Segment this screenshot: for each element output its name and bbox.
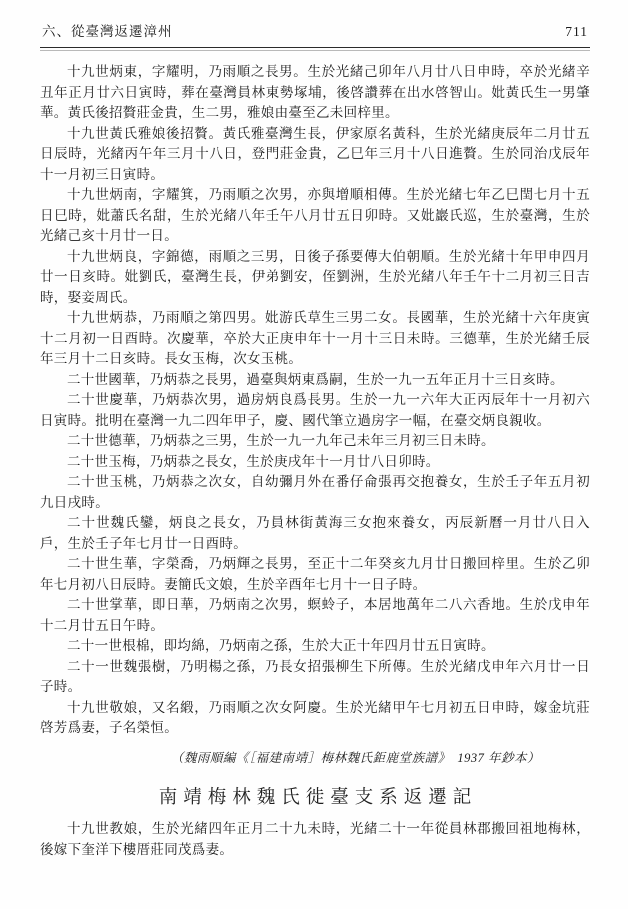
genealogy-paragraph: 二十一世根棉，即均綿，乃炳南之孫，生於大正十年四月廿五日寅時。 [40,636,590,657]
genealogy-paragraph: 二十一世魏張樹，乃明楊之孫，乃長女招張柳生下所傳。生於光緒戊申年六月廿一日子時。 [40,657,590,698]
page-number: 711 [565,24,588,40]
genealogy-paragraph: 十九世黃氏雅娘後招贅。黃氏雅臺灣生長，伊家原名黃科，生於光緒庚辰年二月廿五日辰時… [40,124,590,186]
genealogy-paragraph: 十九世敬娘，又名緞，乃雨順之次女阿慶。生於光緒甲午七月初五日申時，嫁金坑莊啓芳爲… [40,698,590,739]
genealogy-paragraph: 二十世掌華，即日華，乃炳南之次男，螟蛉子，本居地萬年二八六香地。生於戊申年十二月… [40,595,590,636]
book-page: 六、從臺灣返遷漳州 711 十九世炳東，字耀明，乃雨順之長男。生於光緒己卯年八月… [0,0,628,909]
header-rule-thin [40,50,590,51]
source-citation: （魏雨順編《［福建南靖］梅林魏氏鉅鹿堂族譜》 1937 年鈔本） [40,748,590,769]
genealogy-paragraph: 十九世炳良，字錦德，雨順之三男，日後子孫要傳大伯朝順。生於光緒十年甲申四月廿一日… [40,247,590,309]
genealogy-paragraph: 二十世生華，字榮喬，乃炳輝之長男，至正十二年癸亥九月廿日搬回梓里。生於乙卯年七月… [40,554,590,595]
genealogy-paragraph: 十九世教娘，生於光緒四年正月二十九未時，光緒二十一年從員林郡搬回祖地梅林，後嫁下… [40,819,590,860]
genealogy-paragraph: 十九世炳恭，乃雨順之第四男。妣游氏草生三男二女。長國華，生於光緒十六年庚寅十二月… [40,308,590,370]
genealogy-paragraph: 十九世炳南，字耀箕，乃雨順之次男，亦與增順相傳。生於光緒七年乙巳閏七月十五日巳時… [40,185,590,247]
genealogy-paragraph: 二十世魏氏鑾，炳良之長女，乃員林街黃海三女抱來養女，丙辰新曆一月廿八日入戶，生於… [40,513,590,554]
running-title: 六、從臺灣返遷漳州 [42,20,173,40]
page-header: 六、從臺灣返遷漳州 711 [40,16,590,47]
section-heading: 南靖梅林魏氏徙臺支系返遷記 [40,783,590,809]
page-body: 十九世炳東，字耀明，乃雨順之長男。生於光緒己卯年八月廿八日申時，卒於光緒辛丑年正… [40,62,590,860]
genealogy-paragraph: 十九世炳東，字耀明，乃雨順之長男。生於光緒己卯年八月廿八日申時，卒於光緒辛丑年正… [40,62,590,124]
genealogy-paragraph: 二十世玉梅，乃炳恭之長女，生於庚戌年十一月廿八日卯時。 [40,452,590,473]
header-rule-thick [40,47,590,48]
genealogy-paragraph: 二十世慶華，乃炳恭次男，過房炳良爲長男。生於一九一六年大正丙辰年十一月初六日寅時… [40,390,590,431]
genealogy-paragraph: 二十世德華，乃炳恭之三男，生於一九一九年己未年三月初三日未時。 [40,431,590,452]
genealogy-paragraph: 二十世玉桃，乃炳恭之次女，自幼彌月外在番仔侖張再交抱養女，生於壬子年五月初九日戌… [40,472,590,513]
genealogy-paragraph: 二十世國華，乃炳恭之長男，過臺與炳東爲嗣，生於一九一五年正月十三日亥時。 [40,370,590,391]
